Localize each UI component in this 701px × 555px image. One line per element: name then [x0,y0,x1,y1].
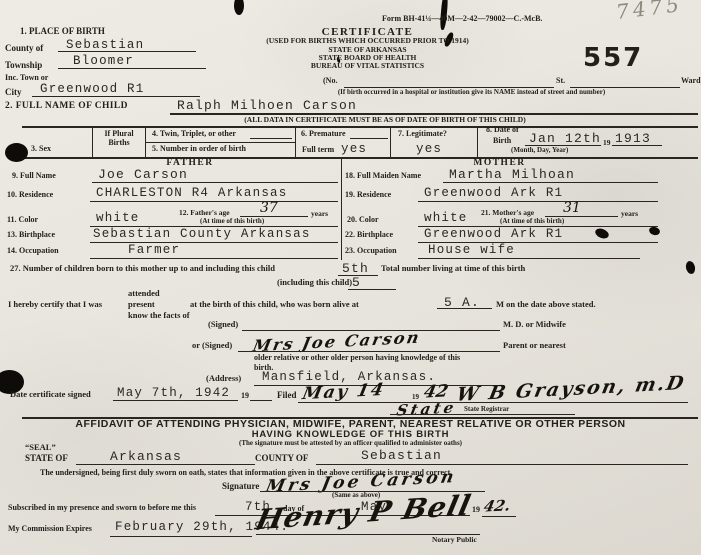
notary-label: Notary Public [432,536,477,544]
father-color-value: white [96,212,140,225]
commission-label: My Commission Expires [8,525,92,534]
father-occupation-underline [90,258,338,259]
father-residence-label: 10. Residence [7,191,53,200]
mother-birthplace-value: Greenwood Ark R1 [424,228,563,241]
mother-residence-value: Greenwood Ark R1 [424,187,563,200]
mother-birthplace-label: 22. Birthplace [345,231,393,240]
county-value: Sebastian [66,39,144,52]
full-term-label: Full term [302,146,334,155]
ward-label: Ward) [681,77,701,86]
state-of-underline [76,464,255,465]
father-occupation-value: Farmer [128,244,180,257]
father-birthplace-value: Sebastian County Arkansas [93,228,311,241]
mother-age-note: (At time of this birth) [500,218,564,226]
county-of-label: COUNTY OF [255,453,308,463]
form-number: Form BH-41¼—40M—2-42—79002—C.-McB. [382,15,542,24]
twin-row-divider [145,142,295,143]
children-count-value-1: 5th [342,262,369,275]
org-line-3: BUREAU OF VITAL STATISTICS [220,62,515,70]
mother-residence-underline [418,201,658,202]
filed-label: Filed [277,390,297,400]
place-of-birth-label: 1. PLACE OF BIRTH [20,26,105,36]
child-name-value: Ralph Milhoen Carson [177,99,357,112]
st-label: St. [556,77,565,86]
state-registrar-label: State Registrar [464,406,509,414]
father-color-label: 11. Color [7,216,38,225]
dob-year-value: 1913 [615,132,651,145]
certify-option-know: know the facts of [128,311,190,321]
father-residence-value: CHARLESTON R4 Arkansas [96,187,287,200]
seal-label: “SEAL” [25,443,56,453]
children-count-underline-2 [348,289,396,290]
notary-signature: Henry P Bell [253,492,474,535]
county-underline [58,51,196,52]
date-signed-value: May 7th, 1942 [117,387,230,400]
dob-value: Jan 12th [529,132,601,145]
father-name-value: Joe Carson [98,168,188,181]
date-signed-underline [113,400,238,401]
children-count-label-1: 27. Number of children born to this moth… [10,264,275,274]
subscribed-year-underline [482,516,516,517]
premature-label: 6. Premature [301,130,346,139]
father-name-underline [92,182,338,183]
mother-age-units: years [621,210,638,218]
no-label: (No. [323,77,337,86]
birth-certificate-scan: 7475 Form BH-41¼—40M—2-42—79002—C.-McB. … [0,0,701,555]
subscribed-year-hand: 42. [482,498,511,514]
certify-intro: I hereby certify that I was [8,300,102,310]
sex-label: 3. Sex [31,145,51,154]
premature-underline [350,138,388,139]
dob-label-2: Birth [493,137,511,146]
full-term-value: yes [341,143,367,156]
father-name-label: 9. Full Name [12,172,56,181]
mother-residence-label: 19. Residence [345,191,391,200]
dob-year-prefix: 19 [603,139,611,147]
table-top-rule [22,126,698,128]
certificate-number-stamp: 557 [583,44,643,73]
order-label: 5. Number in order of birth [152,145,246,154]
township-label: Township [5,60,42,70]
father-age-units: years [311,210,328,218]
city-underline [32,96,200,97]
table-divider [92,127,93,157]
county-label: County of [5,43,43,53]
mother-occupation-label: 23. Occupation [345,247,397,256]
legitimate-label: 7. Legitimate? [398,130,447,139]
twin-label: 4. Twin, Triplet, or other [152,130,236,139]
birth-time-underline [437,308,492,309]
ink-blot [648,226,661,237]
hospital-note: (If birth occurred in a hospital or inst… [243,89,700,97]
dob-year-underline [612,145,662,146]
mother-name-value: Martha Milhoan [449,168,575,181]
certify-tail: M on the date above stated. [496,300,596,310]
child-name-label: 2. FULL NAME OF CHILD [5,101,128,112]
state-of-value: Arkansas [110,450,182,463]
father-age-note: (At time of this birth) [200,218,264,226]
certify-option-present: present [128,300,155,310]
twin-underline [250,138,292,139]
mother-name-underline [443,182,658,183]
city-value: Greenwood R1 [40,83,144,96]
filed-date-hand: May 14 [301,382,387,403]
father-occupation-label: 14. Occupation [7,247,59,256]
father-age-value: 37 [260,201,278,215]
state-scribble: State [395,400,458,418]
father-birthplace-label: 13. Birthplace [7,231,55,240]
dob-note: (Month, Day, Year) [511,147,568,155]
commission-underline [110,536,252,537]
or-signed-label: or (Signed) [192,341,232,351]
subscribed-text: Subscribed in my presence and sworn to b… [8,504,196,513]
mother-name-label: 18. Full Maiden Name [345,172,421,181]
mother-occupation-value: House wife [428,244,515,257]
mother-age-value: 31 [563,201,581,215]
ink-speck [685,260,697,275]
city-label: City [5,87,22,97]
md-midwife-label: M. D. or Midwife [503,320,566,330]
including-child-label: (including this child) [277,278,352,288]
dob-label-1: 8. Date of [486,126,519,135]
table-divider [295,127,296,157]
year-prefix: 19 [241,392,249,401]
parent-note-2: older relative or other older person hav… [254,354,460,363]
state-of-label: STATE OF [25,453,68,463]
year-underline [250,400,272,401]
ink-drip [234,0,244,15]
county-of-underline [316,464,688,465]
children-count-label-2: Total number living at time of this birt… [381,264,525,274]
table-divider [477,127,478,157]
plural-births-label: If Plural Births [96,129,142,147]
parent-column-divider [341,159,342,260]
mother-color-label: 20. Color [347,216,379,225]
all-data-note: (ALL DATA IN CERTIFICATE MUST BE AS OF D… [170,116,600,124]
mother-occupation-underline [418,258,640,259]
registrar-signature: W B Grayson, m.D [455,374,687,405]
parent-note-1: Parent or nearest [503,341,566,351]
penciled-number: 7475 [615,0,684,22]
township-underline [58,68,206,69]
father-residence-underline [90,201,338,202]
date-signed-label: Date certificate signed [10,390,91,400]
table-bottom-rule [22,157,698,159]
subscribed-year-prefix: 19 [472,506,480,515]
certify-option-attended: attended [128,289,160,299]
ink-blob-sex [5,143,28,162]
township-value: Bloomer [73,55,134,68]
signature-label: Signature [222,481,259,491]
ink-blot [594,227,610,241]
or-signed-underline [238,351,500,352]
mother-color-value: white [424,212,468,225]
county-of-value: Sebastian [361,449,442,462]
address-label: (Address) [206,374,241,384]
children-count-value-2: 5 [352,276,361,289]
registrar-rule [390,414,575,415]
attest-note: (The signature must be attested by an of… [0,440,701,448]
signed-label: (Signed) [208,320,238,330]
table-divider [390,127,391,157]
certify-middle: at the birth of this child, who was born… [190,300,359,310]
legitimate-value: yes [416,143,442,156]
